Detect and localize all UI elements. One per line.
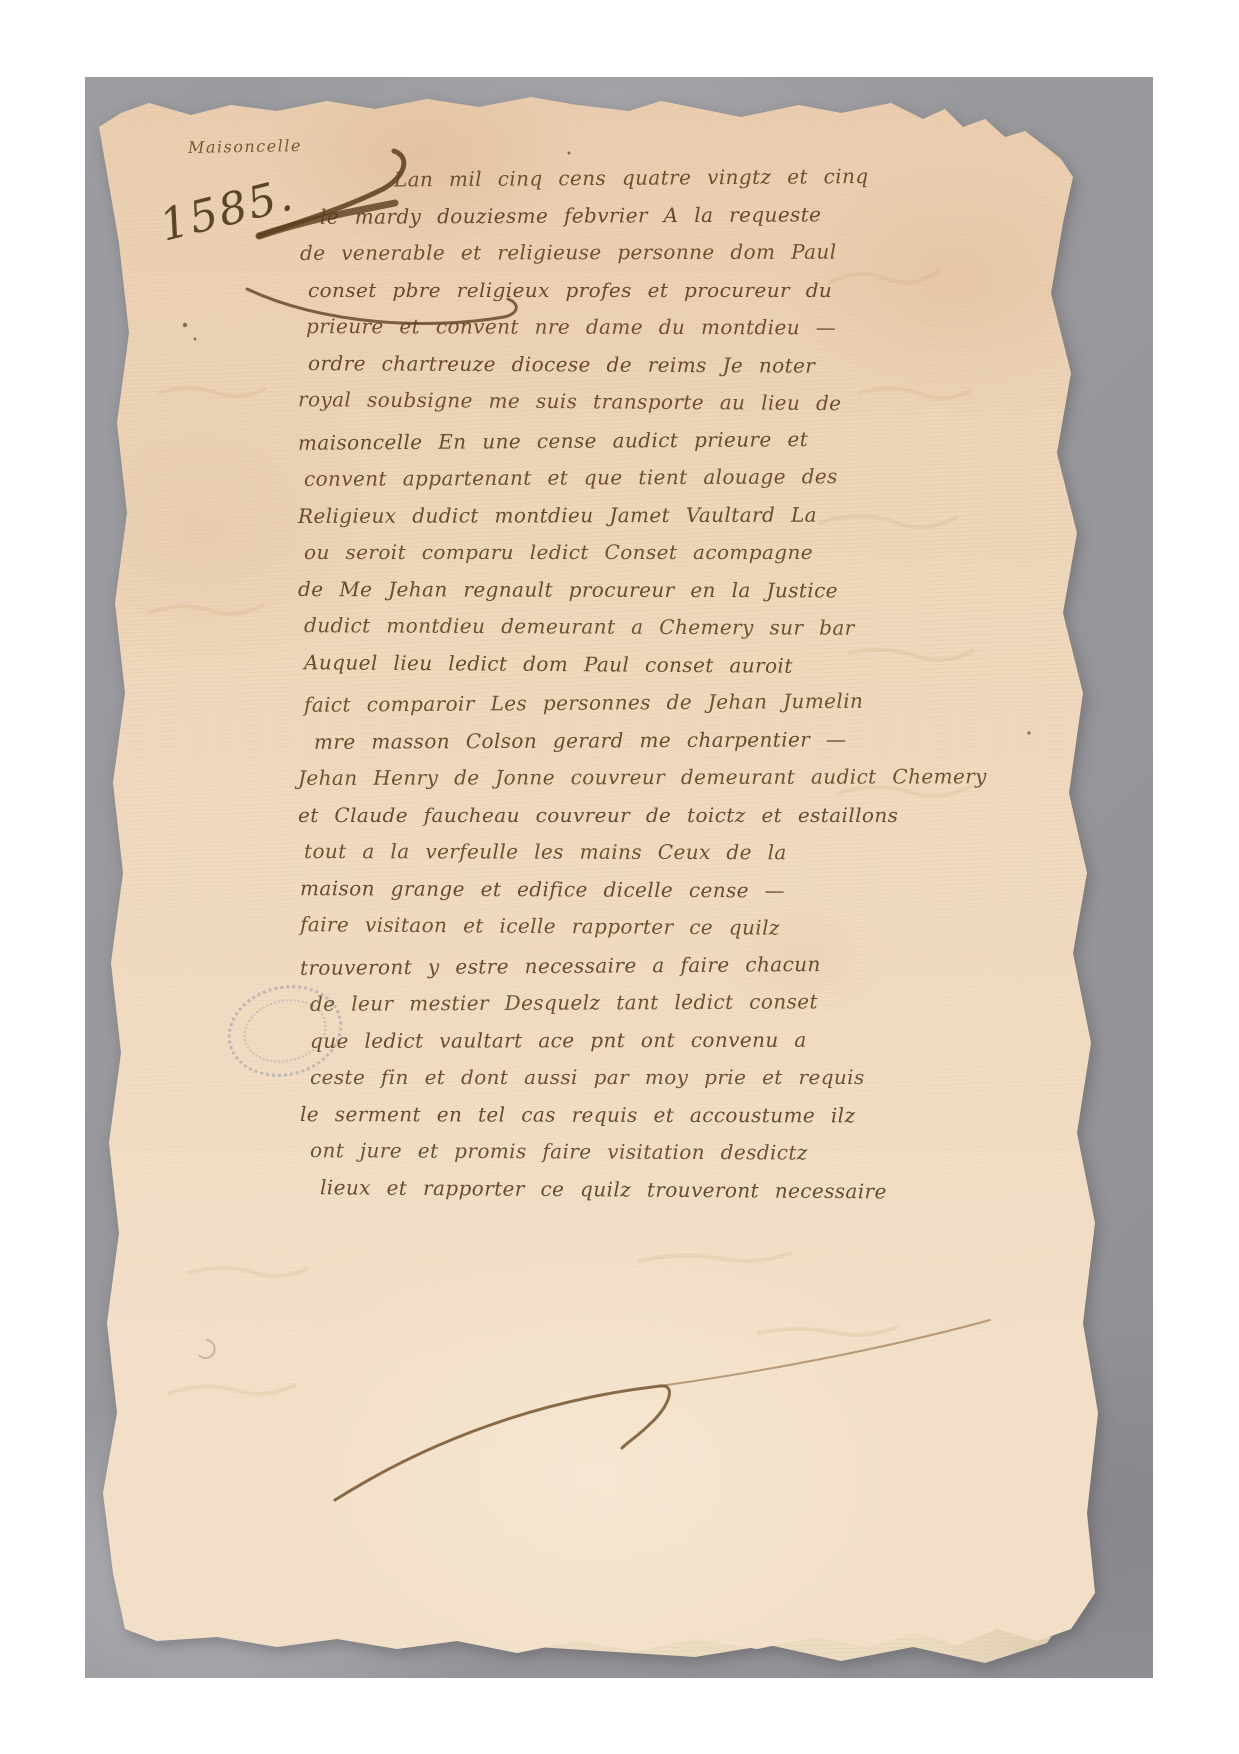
manuscript-line-text: royal soubsigne me suis transporte au li…	[298, 387, 842, 415]
manuscript-line: ont jure et promis faire visitation desd…	[310, 1138, 1068, 1179]
manuscript-line-text: ou seroit comparu ledict Conset acompagn…	[304, 540, 813, 564]
manuscript-line-text: de Me Jehan regnault procureur en la Jus…	[298, 577, 838, 602]
manuscript-line: mre masson Colson gerard me charpentier …	[314, 726, 1068, 767]
manuscript-line-text: ont jure et promis faire visitation desd…	[310, 1138, 808, 1164]
manuscript-line-text: de venerable et religieuse personne dom …	[300, 240, 837, 265]
manuscript-line: convent appartenant et que tient alouage…	[304, 463, 1068, 504]
manuscript-line-text: ceste fin et dont aussi par moy prie et …	[310, 1065, 865, 1089]
manuscript-line: maison grange et edifice dicelle cense —	[300, 876, 1068, 917]
manuscript-line: Religieux dudict montdieu Jamet Vaultard…	[298, 502, 1068, 541]
manuscript-line-text: maisoncelle En une cense audict prieure …	[298, 427, 808, 455]
manuscript-line-text: tout a la verfeulle les mains Ceux de la	[304, 839, 787, 864]
pencil-mark	[199, 1340, 215, 1358]
manuscript-line-text: ordre chartreuze diocese de reims Je not…	[308, 351, 815, 377]
manuscript-line: conset pbre religieux profes et procureu…	[308, 278, 1068, 316]
manuscript-line-text: maison grange et edifice dicelle cense —	[300, 876, 785, 902]
manuscript-line-text: Jehan Henry de Jonne couvreur demeurant …	[298, 764, 987, 790]
manuscript-line: faire visitaon et icelle rapporter ce qu…	[300, 912, 1068, 955]
manuscript-line: le serment en tel cas requis et accoustu…	[300, 1102, 1068, 1141]
manuscript-line-text: prieure et convent nre dame du montdieu …	[306, 314, 836, 339]
manuscript-line-text: Auquel lieu ledict dom Paul conset auroi…	[304, 650, 793, 678]
paper-sheets: Maisoncelle 1585.	[85, 77, 1153, 1678]
manuscript-line: de leur mestier Desquelz tant ledict con…	[310, 988, 1068, 1029]
manuscript-line: de Me Jehan regnault procureur en la Jus…	[298, 577, 1068, 616]
manuscript-line-text: que ledict vaultart ace pnt ont convenu …	[310, 1027, 807, 1052]
manuscript-line: le mardy douziesme febvrier A la request…	[320, 201, 1068, 242]
manuscript-line-text: faire visitaon et icelle rapporter ce qu…	[300, 912, 780, 940]
closing-flourish-icon	[335, 1386, 669, 1500]
year-annotation: 1585.	[155, 169, 299, 251]
manuscript-line-text: de leur mestier Desquelz tant ledict con…	[310, 989, 818, 1015]
manuscript-line-text: Religieux dudict montdieu Jamet Vaultard…	[298, 502, 817, 527]
manuscript-line: ou seroit comparu ledict Conset acompagn…	[304, 540, 1068, 578]
manuscript-line-text: le serment en tel cas requis et accoustu…	[300, 1102, 855, 1127]
manuscript-line-text: faict comparoir Les personnes de Jehan J…	[304, 689, 863, 717]
manuscript-sheet: Maisoncelle 1585.	[99, 93, 1105, 1665]
manuscript-line: maisoncelle En une cense audict prieure …	[298, 425, 1068, 468]
manuscript-line: dudict montdieu demeurant a Chemery sur …	[304, 613, 1068, 654]
manuscript-line-text: Lan mil cinq cens quatre vingtz et cinq	[394, 164, 869, 191]
manuscript-line: et Claude faucheau couvreur de toictz et…	[298, 803, 1068, 841]
manuscript-line: prieure et convent nre dame du montdieu …	[306, 314, 1068, 353]
manuscript-line: tout a la verfeulle les mains Ceux de la	[304, 839, 1068, 878]
manuscript-line: royal soubsigne me suis transporte au li…	[298, 387, 1068, 430]
photograph-mat: Maisoncelle 1585.	[85, 77, 1153, 1678]
manuscript-text: Lan mil cinq cens quatre vingtz et cinq …	[298, 165, 1068, 1215]
manuscript-line-text: trouveront y estre necessaire a faire ch…	[300, 951, 821, 979]
manuscript-line-text: convent appartenant et que tient alouage…	[304, 464, 838, 491]
manuscript-line: de venerable et religieuse personne dom …	[300, 239, 1068, 278]
closing-flourish-tail-icon	[660, 1320, 990, 1386]
manuscript-line: lieux et rapporter ce quilz trouveront n…	[320, 1175, 1068, 1218]
manuscript-line-text: mre masson Colson gerard me charpentier …	[314, 727, 846, 754]
manuscript-line: ordre chartreuze diocese de reims Je not…	[308, 351, 1068, 392]
manuscript-line: ceste fin et dont aussi par moy prie et …	[310, 1065, 1068, 1103]
manuscript-line-text: et Claude faucheau couvreur de toictz et…	[298, 803, 898, 827]
manuscript-line-text: dudict montdieu demeurant a Chemery sur …	[304, 613, 855, 640]
manuscript-line-text: lieux et rapporter ce quilz trouveront n…	[320, 1175, 887, 1203]
screenshot-root: { "page": { "kind_label": "Scanned 16th-…	[0, 0, 1239, 1754]
manuscript-line: que ledict vaultart ace pnt ont convenu …	[310, 1027, 1068, 1066]
manuscript-line: trouveront y estre necessaire a faire ch…	[300, 950, 1068, 993]
manuscript-line: Auquel lieu ledict dom Paul conset auroi…	[304, 650, 1068, 693]
manuscript-line: Jehan Henry de Jonne couvreur demeurant …	[298, 764, 1068, 803]
manuscript-line: Lan mil cinq cens quatre vingtz et cinq	[394, 163, 1068, 205]
manuscript-line-text: conset pbre religieux profes et procureu…	[308, 278, 832, 302]
place-annotation: Maisoncelle	[188, 136, 302, 157]
manuscript-line: faict comparoir Les personnes de Jehan J…	[304, 687, 1068, 730]
manuscript-line-text: le mardy douziesme febvrier A la request…	[320, 202, 822, 228]
